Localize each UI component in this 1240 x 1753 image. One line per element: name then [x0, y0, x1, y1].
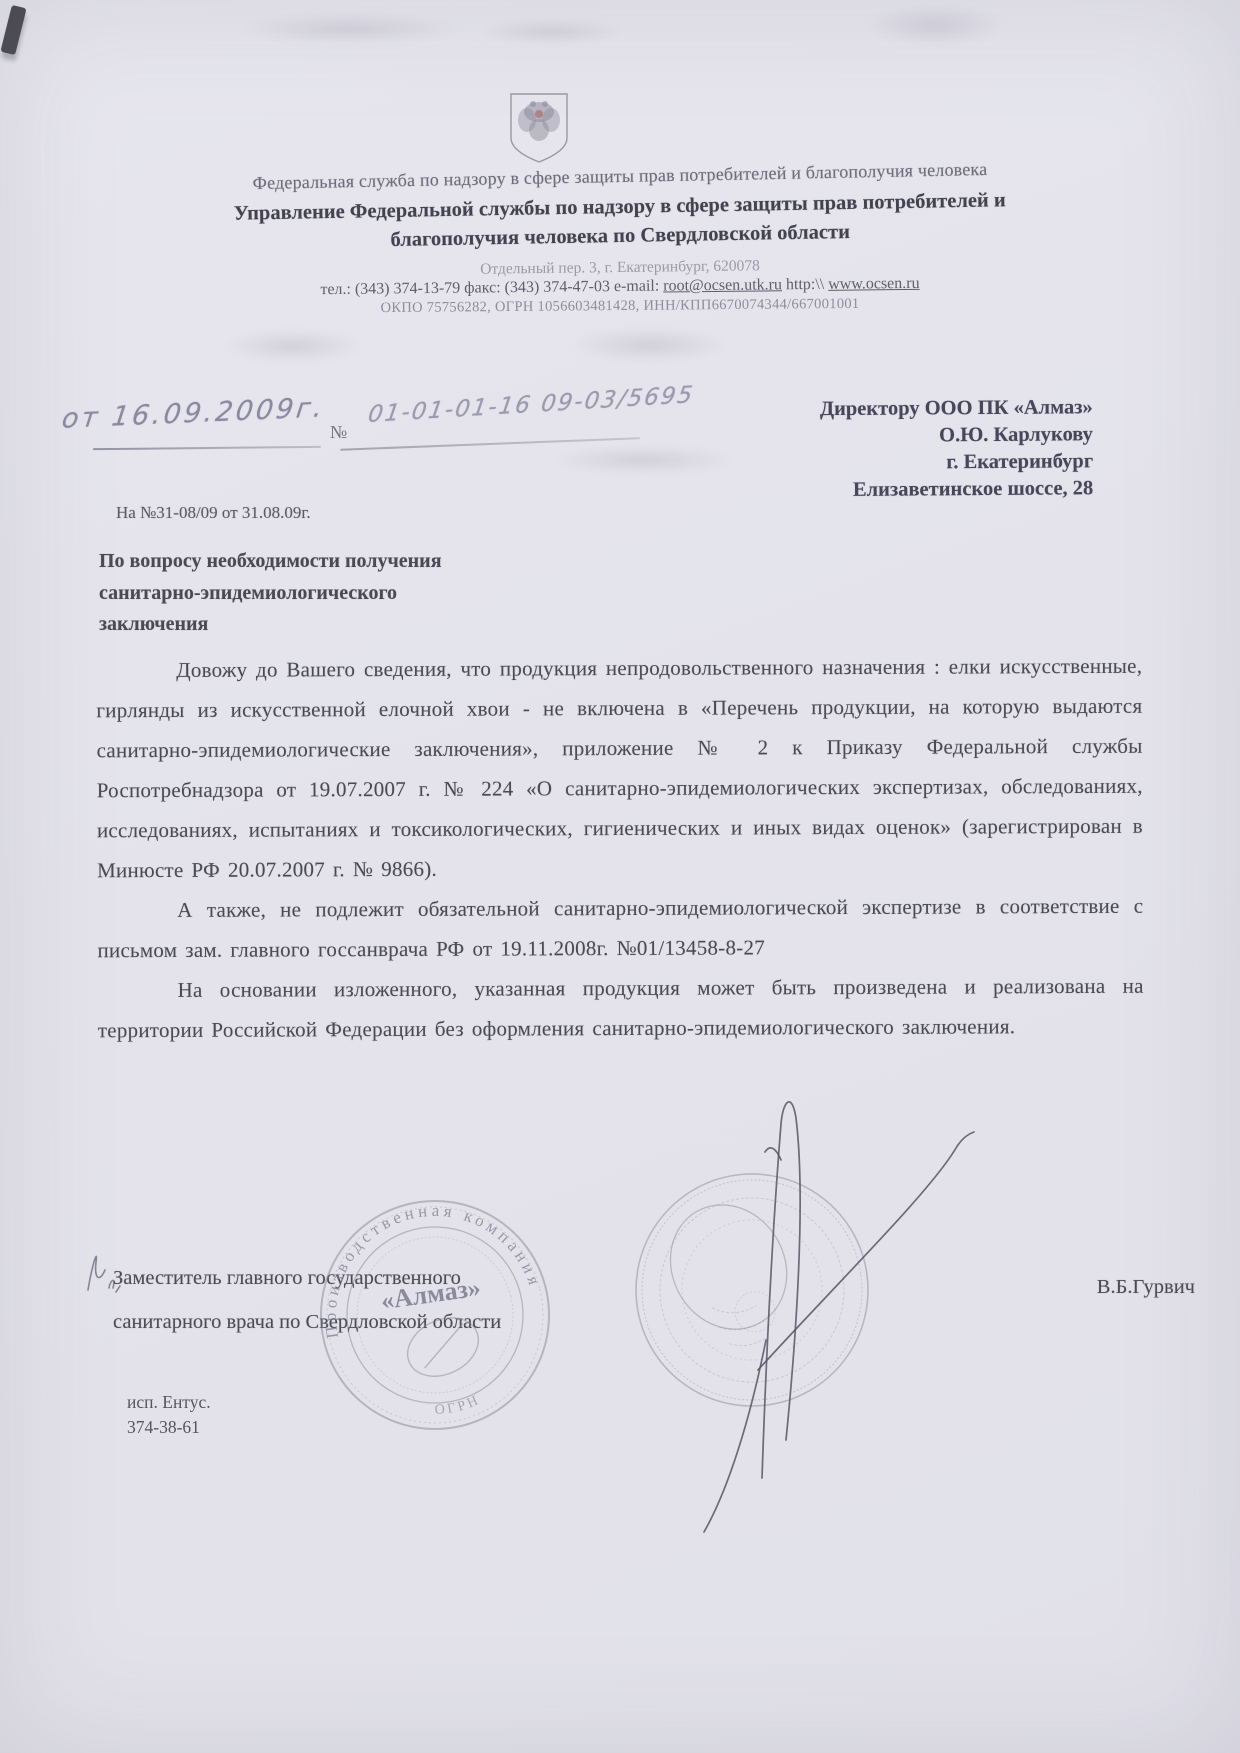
subject-block: По вопросу необходимости получения санит… — [99, 546, 559, 641]
number-sign: № — [330, 422, 347, 443]
subject-line1: По вопросу необходимости получения — [99, 546, 559, 578]
recipient-title: Директору ООО ПК «Алмаз» — [593, 394, 1093, 424]
executor-name: исп. Ентус. — [127, 1390, 211, 1415]
letter-body: Довожу до Вашего сведения, что продукция… — [96, 646, 1144, 1051]
svg-text:ОГРН: ОГРН — [432, 1392, 484, 1421]
ink-smudge-mark — [0, 5, 26, 55]
executor-phone: 374-38-61 — [127, 1415, 211, 1440]
incoming-reference-line: На №31-08/09 от 31.08.09г. — [116, 503, 311, 523]
email-text: root@ocsen.utk.ru — [663, 276, 782, 294]
scanned-letter-page: Федеральная служба по надзору в сфере за… — [0, 0, 1240, 1753]
bleed-through-mark — [575, 328, 725, 362]
almaz-stamp-center-label: «Алмаз» — [379, 1273, 482, 1316]
almaz-company-stamp: Производственная компания ОГРН «Алмаз» — [300, 1180, 570, 1450]
signature-strokes — [600, 1040, 1020, 1560]
body-paragraph-3: На основании изложенного, указанная прод… — [98, 966, 1144, 1051]
http-separator: http:\\ — [782, 276, 828, 293]
bleed-through-mark — [245, 14, 455, 44]
almaz-stamp-ring-text: Производственная компания — [300, 1180, 545, 1341]
subject-line2: санитарно-эпидемиологического — [99, 578, 559, 610]
bleed-through-mark — [228, 330, 358, 362]
handwritten-outgoing-date: от 16.09.2009г. — [60, 392, 327, 435]
recipient-name: О.Ю. Карлукову — [593, 421, 1093, 451]
contact-phones: тел.: (343) 374-13-79 факс: (343) 374-47… — [320, 278, 663, 299]
handwritten-underline — [93, 446, 321, 450]
executor-block: исп. Ентус. 374-38-61 — [127, 1390, 211, 1440]
coat-of-arms-icon — [505, 90, 573, 166]
body-paragraph-1: Довожу до Вашего сведения, что продукция… — [96, 646, 1143, 891]
bleed-through-mark — [870, 6, 1000, 46]
almaz-stamp-ogrn-text: ОГРН — [432, 1392, 484, 1421]
recipient-street: Елизаветинское шоссе, 28 — [593, 475, 1093, 505]
website-text: www.ocsen.ru — [828, 275, 920, 293]
recipient-city: г. Екатеринбург — [593, 448, 1093, 478]
svg-text:Производственная компания: Производственная компания — [300, 1180, 545, 1341]
body-paragraph-2: А также, не подлежит обязательной санита… — [97, 886, 1143, 971]
bleed-through-mark — [482, 20, 622, 44]
subject-line3: заключения — [99, 609, 559, 641]
recipient-block: Директору ООО ПК «Алмаз» О.Ю. Карлукову … — [593, 394, 1094, 505]
